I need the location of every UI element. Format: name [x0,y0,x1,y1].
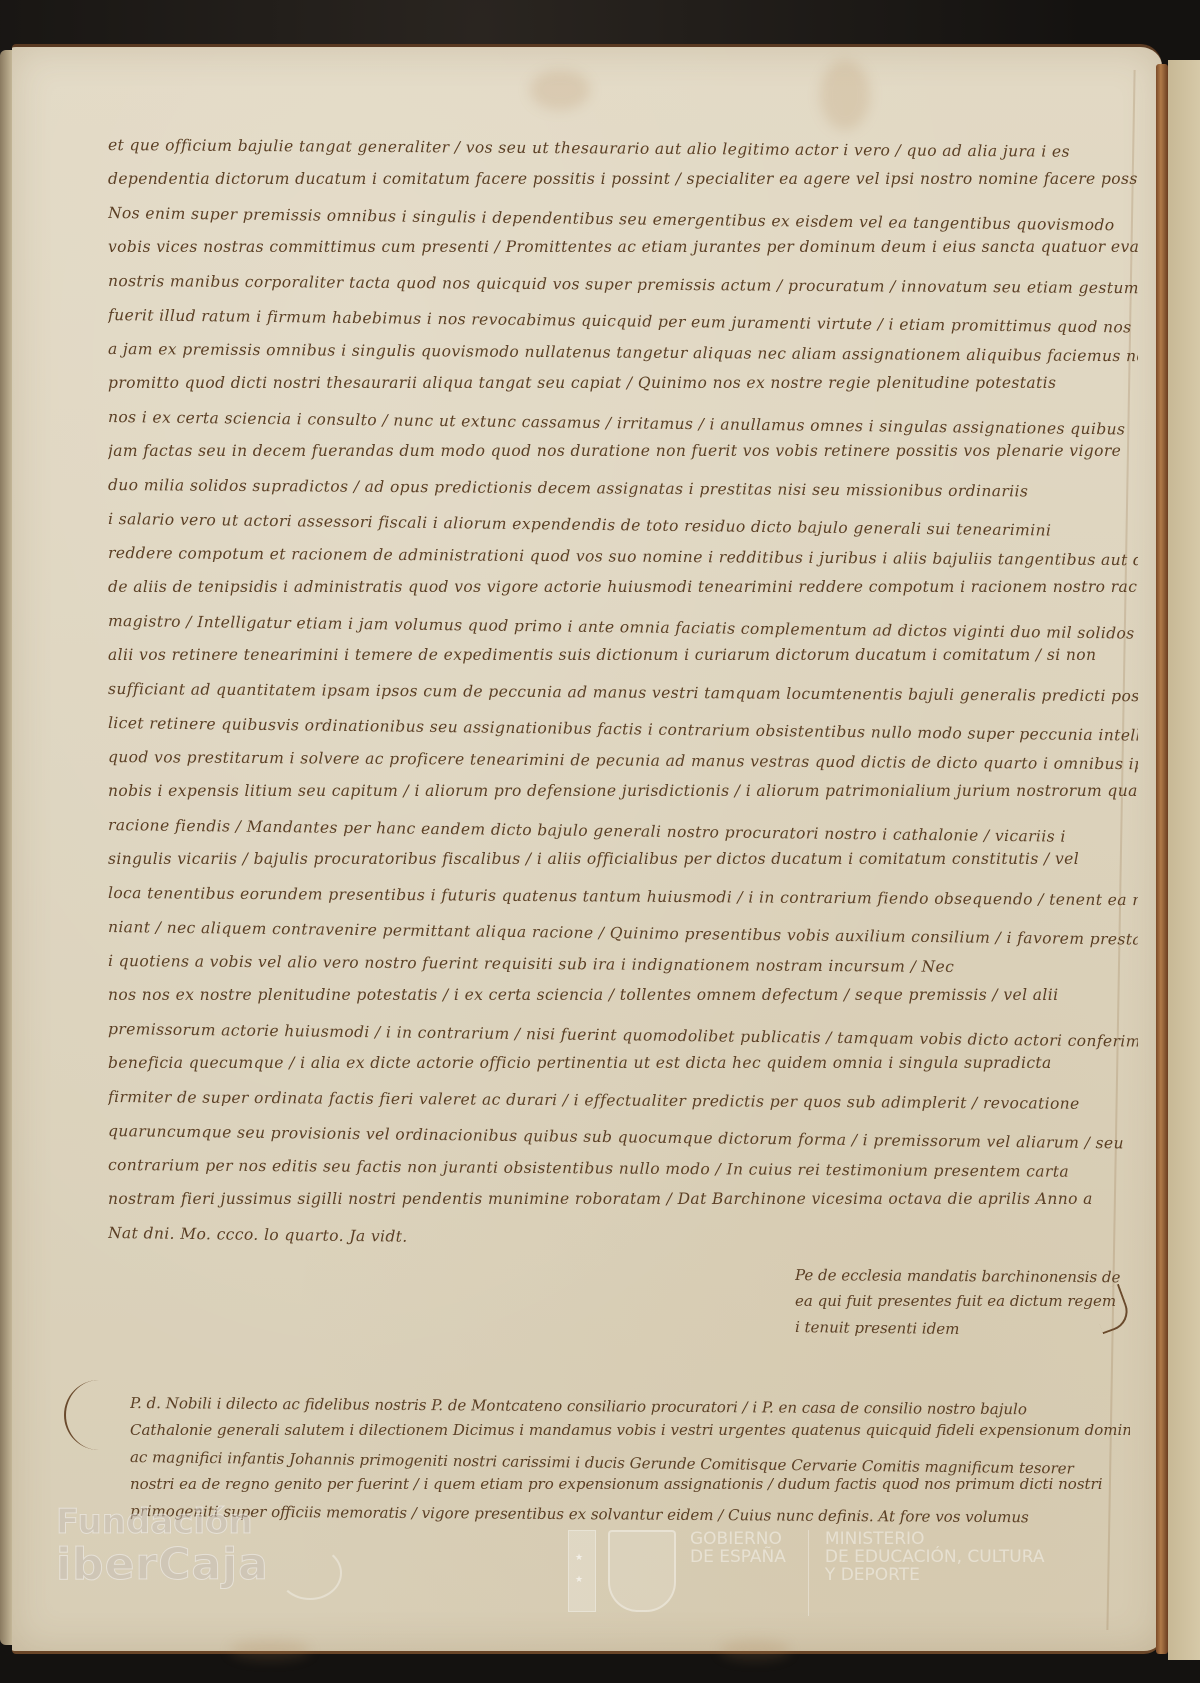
watermark-line: DE EDUCACIÓN, CULTURA [825,1548,1045,1566]
main-text-block: et que officium bajulie tangat generalit… [108,128,1138,1250]
watermark-line: MINISTERIO [825,1530,1045,1548]
fundacion-ibercaja-watermark: Fundación iberCaja [56,1504,269,1590]
text-line: i quotiens a vobis vel alio vero nostro … [108,944,1138,985]
text-line: et que officium bajulie tangat generalit… [108,128,1138,169]
watermark-line: iberCaja [56,1540,269,1590]
eu-flag-icon: ★★ [568,1530,596,1612]
text-line: quod vos prestitarum i solvere ac profic… [108,740,1138,781]
gobierno-text: GOBIERNO DE ESPAÑA [690,1530,786,1566]
parchment-stain [820,60,870,130]
watermark-line: GOBIERNO [690,1530,786,1548]
ibercaja-logo-icon [278,1546,342,1600]
subscription-line: Pe de ecclesia mandatis barchinonensis d… [795,1262,1125,1290]
text-line: reddere compotum et racionem de administ… [108,536,1138,577]
subscription-line: ea qui fuit presentes fuit ea dictum reg… [795,1288,1125,1314]
watermark-divider [808,1530,809,1616]
parchment-stain [230,1640,310,1660]
binding-gutter [1156,64,1168,1654]
government-watermark: ★★ GOBIERNO DE ESPAÑA MINISTERIO DE EDUC… [568,1530,1044,1630]
text-line: contrarium per nos editis seu factis non… [108,1148,1138,1189]
watermark-line: DE ESPAÑA [690,1548,786,1566]
ministerio-text: MINISTERIO DE EDUCACIÓN, CULTURA Y DEPOR… [825,1530,1045,1584]
subscription-line: i tenuit presenti idem [795,1314,1125,1344]
coat-of-arms-icon [608,1530,676,1612]
text-line: a jam ex premissis omnibus i singulis qu… [108,332,1138,373]
parchment-stain [720,1640,790,1660]
facing-page-edge [1168,60,1200,1660]
second-document-block: P. d. Nobili i dilecto ac fidelibus nost… [130,1390,1130,1525]
watermark-line: Y DEPORTE [825,1566,1045,1584]
watermark-line: Fundación [56,1504,269,1540]
chancery-subscription: Pe de ecclesia mandatis barchinonensis d… [795,1262,1125,1340]
parchment-stain [530,70,590,110]
